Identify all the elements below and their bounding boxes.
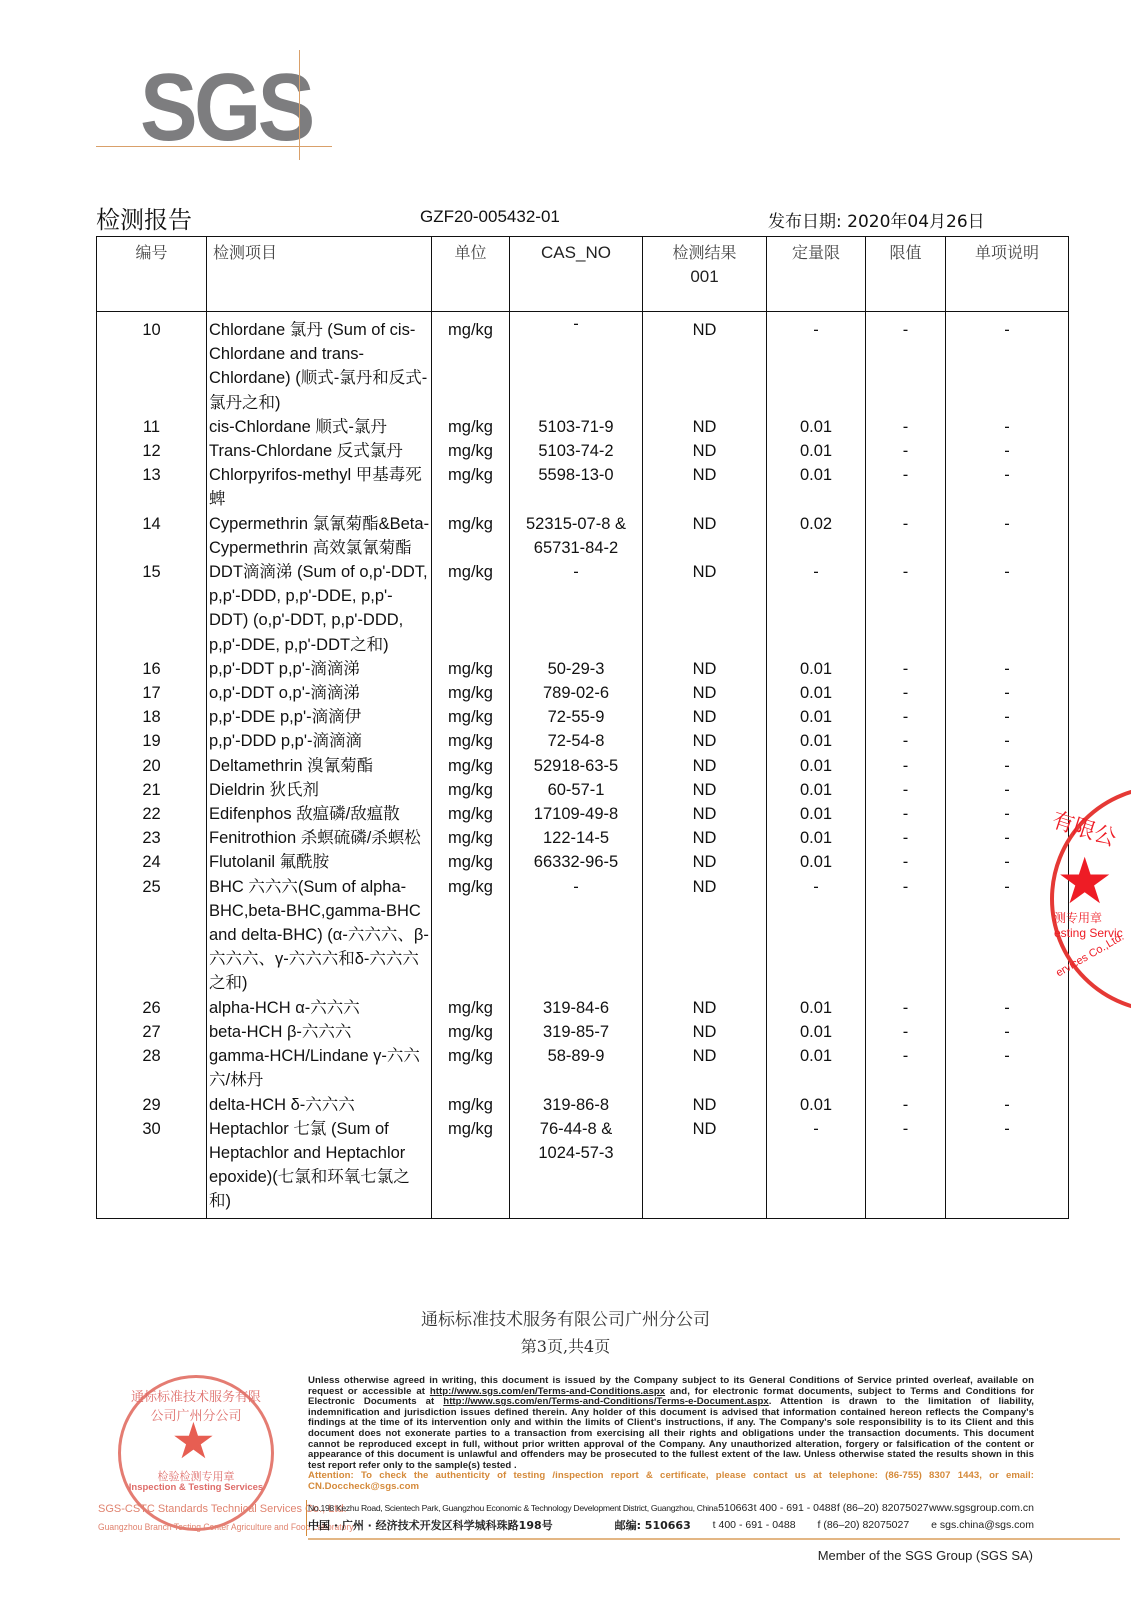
cell-remark: - <box>946 1044 1069 1092</box>
cell-cas-number: 17109-49-8 <box>510 802 643 826</box>
cell-remark: - <box>946 778 1069 802</box>
cell-cas-number: 60-57-1 <box>510 778 643 802</box>
report-title: 检测报告 <box>96 200 192 235</box>
cell-loq: 0.01 <box>767 657 866 681</box>
cell-loq: 0.01 <box>767 1093 866 1117</box>
cell-remark: - <box>946 512 1069 560</box>
telephone-en: t 400 - 691 - 0488 <box>754 1502 837 1514</box>
cell-limit: - <box>866 705 946 729</box>
cell-test-item: p,p'-DDD p,p'-滴滴滴 <box>207 729 432 753</box>
report-number: GZF20-005432-01 <box>420 207 560 227</box>
cell-cas-number: 319-86-8 <box>510 1093 643 1117</box>
cell-limit: - <box>866 657 946 681</box>
cell-test-item: p,p'-DDT p,p'-滴滴涕 <box>207 657 432 681</box>
cell-unit: mg/kg <box>432 729 510 753</box>
cell-row-number: 14 <box>97 512 207 560</box>
address-en: No.198 Kezhu Road, Scientech Park, Guang… <box>308 1503 718 1513</box>
cell-result: ND <box>643 850 767 874</box>
address-row-en: No.198 Kezhu Road, Scientech Park, Guang… <box>308 1499 1034 1516</box>
cell-cas-number: 58-89-9 <box>510 1044 643 1092</box>
cell-limit: - <box>866 826 946 850</box>
table-row: 18p,p'-DDE p,p'-滴滴伊mg/kg72-55-9ND0.01-- <box>97 705 1069 729</box>
email-link[interactable]: e sgs.china@sgs.com <box>931 1519 1034 1531</box>
star-icon: ★ <box>1056 849 1113 913</box>
cell-unit: mg/kg <box>432 850 510 874</box>
table-row: 10Chlordane 氯丹 (Sum of cis-Chlordane and… <box>97 312 1069 415</box>
cell-cas-number: 50-29-3 <box>510 657 643 681</box>
fax-cn: f (86–20) 82075027 <box>818 1519 910 1531</box>
logo-vertical-rule <box>299 50 300 160</box>
cell-unit: mg/kg <box>432 560 510 657</box>
table-row: 27beta-HCH β-六六六mg/kg319-85-7ND0.01-- <box>97 1020 1069 1044</box>
member-of-sgs-group: Member of the SGS Group (SGS SA) <box>818 1548 1033 1563</box>
col-header-result: 检测结果 001 <box>643 237 767 312</box>
col-header-limit: 限值 <box>866 237 946 312</box>
cell-test-item: Deltamethrin 溴氰菊酯 <box>207 754 432 778</box>
cell-result: ND <box>643 439 767 463</box>
table-row: 28gamma-HCH/Lindane γ-六六六/林丹mg/kg58-89-9… <box>97 1044 1069 1092</box>
cell-limit: - <box>866 1093 946 1117</box>
cell-cas-number: 5598-13-0 <box>510 463 643 511</box>
cell-remark: - <box>946 754 1069 778</box>
cell-row-number: 24 <box>97 850 207 874</box>
cell-cas-number: 76-44-8 & 1024-57-3 <box>510 1117 643 1218</box>
cell-loq: 0.01 <box>767 802 866 826</box>
cell-limit: - <box>866 996 946 1020</box>
terms-link[interactable]: http://www.sgs.com/en/Terms-and-Conditio… <box>430 1386 665 1397</box>
cell-test-item: BHC 六六六(Sum of alpha-BHC,beta-BHC,gamma-… <box>207 875 432 996</box>
cell-cas-number: - <box>510 560 643 657</box>
cell-row-number: 16 <box>97 657 207 681</box>
cell-result: ND <box>643 729 767 753</box>
cell-test-item: Heptachlor 七氯 (Sum of Heptachlor and Hep… <box>207 1117 432 1218</box>
cell-result: ND <box>643 1020 767 1044</box>
cell-remark: - <box>946 1117 1069 1218</box>
cell-row-number: 22 <box>97 802 207 826</box>
cell-test-item: Chlorpyrifos-methyl 甲基毒死蜱 <box>207 463 432 511</box>
col-header-item: 检测项目 <box>207 237 432 312</box>
table-row: 15DDT滴滴涕 (Sum of o,p'-DDT, p,p'-DDD, p,p… <box>97 560 1069 657</box>
address-block: No.198 Kezhu Road, Scientech Park, Guang… <box>308 1499 1034 1533</box>
table-row: 21Dieldrin 狄氏剂mg/kg60-57-1ND0.01-- <box>97 778 1069 802</box>
cell-limit: - <box>866 439 946 463</box>
cell-row-number: 26 <box>97 996 207 1020</box>
issue-date: 发布日期: 2020年04月26日 <box>768 207 985 232</box>
cell-unit: mg/kg <box>432 439 510 463</box>
cell-result: ND <box>643 512 767 560</box>
cell-test-item: DDT滴滴涕 (Sum of o,p'-DDT, p,p'-DDD, p,p'-… <box>207 560 432 657</box>
cell-loq: 0.02 <box>767 512 866 560</box>
cell-cas-number: 122-14-5 <box>510 826 643 850</box>
cell-remark: - <box>946 439 1069 463</box>
table-row: 11cis-Chlordane 顺式-氯丹mg/kg5103-71-9ND0.0… <box>97 415 1069 439</box>
cell-row-number: 25 <box>97 875 207 996</box>
sgs-logo-text: SGS <box>140 60 312 156</box>
cell-row-number: 28 <box>97 1044 207 1092</box>
table-row: 17o,p'-DDT o,p'-滴滴涕mg/kg789-02-6ND0.01-- <box>97 681 1069 705</box>
cell-remark: - <box>946 312 1069 415</box>
cell-limit: - <box>866 560 946 657</box>
cell-test-item: Flutolanil 氟酰胺 <box>207 850 432 874</box>
cell-loq: 0.01 <box>767 415 866 439</box>
cell-test-item: Cypermethrin 氯氰菊酯&Beta-Cypermethrin 高效氯氰… <box>207 512 432 560</box>
cell-row-number: 21 <box>97 778 207 802</box>
disclaimer-text-3: . Attention is drawn to the limitation o… <box>308 1396 1034 1471</box>
cell-cas-number: - <box>510 875 643 996</box>
col-header-sample-id: 001 <box>643 265 766 289</box>
cell-remark: - <box>946 705 1069 729</box>
col-header-remark: 单项说明 <box>946 237 1069 312</box>
cell-row-number: 11 <box>97 415 207 439</box>
cell-limit: - <box>866 512 946 560</box>
cell-row-number: 13 <box>97 463 207 511</box>
cell-limit: - <box>866 802 946 826</box>
cell-limit: - <box>866 1020 946 1044</box>
cell-test-item: gamma-HCH/Lindane γ-六六六/林丹 <box>207 1044 432 1092</box>
col-header-loq: 定量限 <box>767 237 866 312</box>
cell-cas-number: 5103-71-9 <box>510 415 643 439</box>
legal-disclaimer: Unless otherwise agreed in writing, this… <box>308 1376 1034 1493</box>
cell-remark: - <box>946 850 1069 874</box>
cell-unit: mg/kg <box>432 1020 510 1044</box>
address-cn: 中国 · 广州 · 经济技术开发区科学城科珠路198号 <box>308 1517 553 1533</box>
table-row: 25BHC 六六六(Sum of alpha-BHC,beta-BHC,gamm… <box>97 875 1069 996</box>
cell-row-number: 15 <box>97 560 207 657</box>
cell-remark: - <box>946 560 1069 657</box>
website-link[interactable]: www.sgsgroup.com.cn <box>929 1502 1034 1514</box>
table-row: 23Fenitrothion 杀螟硫磷/杀螟松mg/kg122-14-5ND0.… <box>97 826 1069 850</box>
table-row: 12Trans-Chlordane 反式氯丹mg/kg5103-74-2ND0.… <box>97 439 1069 463</box>
cell-test-item: Chlordane 氯丹 (Sum of cis-Chlordane and t… <box>207 312 432 415</box>
cell-result: ND <box>643 1093 767 1117</box>
cell-unit: mg/kg <box>432 1044 510 1092</box>
cell-loq: 0.01 <box>767 1020 866 1044</box>
cell-loq: 0.01 <box>767 681 866 705</box>
cell-result: ND <box>643 657 767 681</box>
col-header-no: 编号 <box>97 237 207 312</box>
cell-unit: mg/kg <box>432 512 510 560</box>
cell-row-number: 17 <box>97 681 207 705</box>
cell-test-item: Dieldrin 狄氏剂 <box>207 778 432 802</box>
table-row: 14Cypermethrin 氯氰菊酯&Beta-Cypermethrin 高效… <box>97 512 1069 560</box>
cell-row-number: 12 <box>97 439 207 463</box>
cell-test-item: o,p'-DDT o,p'-滴滴涕 <box>207 681 432 705</box>
col-header-cas: CAS_NO <box>510 237 643 312</box>
cell-unit: mg/kg <box>432 681 510 705</box>
cell-cas-number: - <box>510 312 643 415</box>
cell-cas-number: 319-84-6 <box>510 996 643 1020</box>
cell-cas-number: 72-54-8 <box>510 729 643 753</box>
cell-remark: - <box>946 729 1069 753</box>
cell-result: ND <box>643 802 767 826</box>
cell-result: ND <box>643 415 767 439</box>
cell-cas-number: 52918-63-5 <box>510 754 643 778</box>
cell-loq: 0.01 <box>767 754 866 778</box>
cell-unit: mg/kg <box>432 657 510 681</box>
cell-loq: 0.01 <box>767 1044 866 1092</box>
cell-loq: 0.01 <box>767 778 866 802</box>
cell-cas-number: 66332-96-5 <box>510 850 643 874</box>
cell-loq: - <box>767 312 866 415</box>
cell-loq: 0.01 <box>767 463 866 511</box>
cell-result: ND <box>643 754 767 778</box>
postcode-en: 510663 <box>718 1502 753 1514</box>
cell-test-item: Edifenphos 敌瘟磷/敌瘟散 <box>207 802 432 826</box>
cell-result: ND <box>643 560 767 657</box>
table-row: 19p,p'-DDD p,p'-滴滴滴mg/kg72-54-8ND0.01-- <box>97 729 1069 753</box>
cell-row-number: 19 <box>97 729 207 753</box>
cell-unit: mg/kg <box>432 996 510 1020</box>
cell-cas-number: 5103-74-2 <box>510 439 643 463</box>
cell-row-number: 27 <box>97 1020 207 1044</box>
col-header-unit: 单位 <box>432 237 510 312</box>
cell-limit: - <box>866 1117 946 1218</box>
cell-row-number: 29 <box>97 1093 207 1117</box>
cell-unit: mg/kg <box>432 415 510 439</box>
table-row: 13Chlorpyrifos-methyl 甲基毒死蜱mg/kg5598-13-… <box>97 463 1069 511</box>
cell-test-item: Fenitrothion 杀螟硫磷/杀螟松 <box>207 826 432 850</box>
cell-cas-number: 789-02-6 <box>510 681 643 705</box>
cell-limit: - <box>866 754 946 778</box>
cell-result: ND <box>643 996 767 1020</box>
company-name: 通标标准技术服务有限公司广州分公司 <box>0 1305 1131 1330</box>
cell-unit: mg/kg <box>432 312 510 415</box>
cell-row-number: 30 <box>97 1117 207 1218</box>
cell-limit: - <box>866 312 946 415</box>
seal-right-cn-text: 测专用章 <box>1054 909 1102 926</box>
cell-unit: mg/kg <box>432 778 510 802</box>
cell-result: ND <box>643 1117 767 1218</box>
cell-row-number: 18 <box>97 705 207 729</box>
cell-limit: - <box>866 1044 946 1092</box>
cell-unit: mg/kg <box>432 463 510 511</box>
cell-remark: - <box>946 1093 1069 1117</box>
cell-result: ND <box>643 875 767 996</box>
cell-limit: - <box>866 463 946 511</box>
authenticity-notice: Attention: To check the authenticity of … <box>308 1471 1034 1492</box>
cell-remark: - <box>946 996 1069 1020</box>
cell-unit: mg/kg <box>432 1117 510 1218</box>
cell-result: ND <box>643 778 767 802</box>
table-row: 16p,p'-DDT p,p'-滴滴涕mg/kg50-29-3ND0.01-- <box>97 657 1069 681</box>
cell-loq: 0.01 <box>767 705 866 729</box>
col-header-cas-label: CAS_NO <box>541 243 611 262</box>
cell-test-item: p,p'-DDE p,p'-滴滴伊 <box>207 705 432 729</box>
cell-unit: mg/kg <box>432 826 510 850</box>
cell-result: ND <box>643 312 767 415</box>
cell-test-item: alpha-HCH α-六六六 <box>207 996 432 1020</box>
cell-cas-number: 72-55-9 <box>510 705 643 729</box>
cell-result: ND <box>643 826 767 850</box>
cell-unit: mg/kg <box>432 754 510 778</box>
table-row: 24Flutolanil 氟酰胺mg/kg66332-96-5ND0.01-- <box>97 850 1069 874</box>
cell-remark: - <box>946 415 1069 439</box>
table-row: 22Edifenphos 敌瘟磷/敌瘟散mg/kg17109-49-8ND0.0… <box>97 802 1069 826</box>
postcode-cn: 邮编: 510663 <box>615 1517 691 1533</box>
cell-loq: - <box>767 560 866 657</box>
cell-loq: 0.01 <box>767 826 866 850</box>
cell-test-item: beta-HCH β-六六六 <box>207 1020 432 1044</box>
cell-limit: - <box>866 778 946 802</box>
telephone-cn: t 400 - 691 - 0488 <box>713 1519 796 1531</box>
cell-remark: - <box>946 681 1069 705</box>
cell-result: ND <box>643 1044 767 1092</box>
cell-remark: - <box>946 1020 1069 1044</box>
cell-limit: - <box>866 729 946 753</box>
address-row-cn: 中国 · 广州 · 经济技术开发区科学城科珠路198号 邮编: 510663 t… <box>308 1516 1034 1533</box>
cell-loq: 0.01 <box>767 439 866 463</box>
footer-rule <box>308 1538 1120 1540</box>
cell-cas-number: 319-85-7 <box>510 1020 643 1044</box>
cell-row-number: 20 <box>97 754 207 778</box>
cell-result: ND <box>643 681 767 705</box>
cell-remark: - <box>946 657 1069 681</box>
star-icon: ★ <box>171 1416 216 1466</box>
table-row: 26alpha-HCH α-六六六mg/kg319-84-6ND0.01-- <box>97 996 1069 1020</box>
cell-row-number: 10 <box>97 312 207 415</box>
cell-test-item: cis-Chlordane 顺式-氯丹 <box>207 415 432 439</box>
cell-unit: mg/kg <box>432 802 510 826</box>
table-body: 10Chlordane 氯丹 (Sum of cis-Chlordane and… <box>97 312 1069 1219</box>
sgs-logo: SGS <box>96 50 332 160</box>
table-row: 30Heptachlor 七氯 (Sum of Heptachlor and H… <box>97 1117 1069 1218</box>
seal-en-text: Inspection & Testing Services <box>121 1482 271 1493</box>
cell-result: ND <box>643 705 767 729</box>
cell-unit: mg/kg <box>432 1093 510 1117</box>
cell-result: ND <box>643 463 767 511</box>
cell-limit: - <box>866 875 946 996</box>
cell-row-number: 23 <box>97 826 207 850</box>
cell-cas-number: 52315-07-8 & 65731-84-2 <box>510 512 643 560</box>
results-table: 编号 检测项目 单位 CAS_NO 检测结果 001 定量限 限值 单项说明 1… <box>96 236 1069 1219</box>
cell-test-item: Trans-Chlordane 反式氯丹 <box>207 439 432 463</box>
e-document-terms-link[interactable]: http://www.sgs.com/en/Terms-and-Conditio… <box>443 1396 769 1407</box>
cell-unit: mg/kg <box>432 705 510 729</box>
col-header-result-label: 检测结果 <box>643 241 766 265</box>
cell-limit: - <box>866 681 946 705</box>
cell-loq: 0.01 <box>767 729 866 753</box>
table-header-row: 编号 检测项目 单位 CAS_NO 检测结果 001 定量限 限值 单项说明 <box>97 237 1069 312</box>
table-row: 29delta-HCH δ-六六六mg/kg319-86-8ND0.01-- <box>97 1093 1069 1117</box>
cell-loq: 0.01 <box>767 996 866 1020</box>
cell-remark: - <box>946 802 1069 826</box>
cell-unit: mg/kg <box>432 875 510 996</box>
cell-limit: - <box>866 850 946 874</box>
cell-limit: - <box>866 415 946 439</box>
cell-loq: - <box>767 1117 866 1218</box>
fax-en: f (86–20) 82075027 <box>837 1502 929 1514</box>
cell-remark: - <box>946 463 1069 511</box>
address-divider <box>306 1500 307 1536</box>
table-row: 20Deltamethrin 溴氰菊酯mg/kg52918-63-5ND0.01… <box>97 754 1069 778</box>
cell-loq: - <box>767 875 866 996</box>
page-indicator: 第3页,共4页 <box>0 1334 1131 1357</box>
logo-horizontal-rule <box>96 146 332 147</box>
cell-loq: 0.01 <box>767 850 866 874</box>
cell-test-item: delta-HCH δ-六六六 <box>207 1093 432 1117</box>
